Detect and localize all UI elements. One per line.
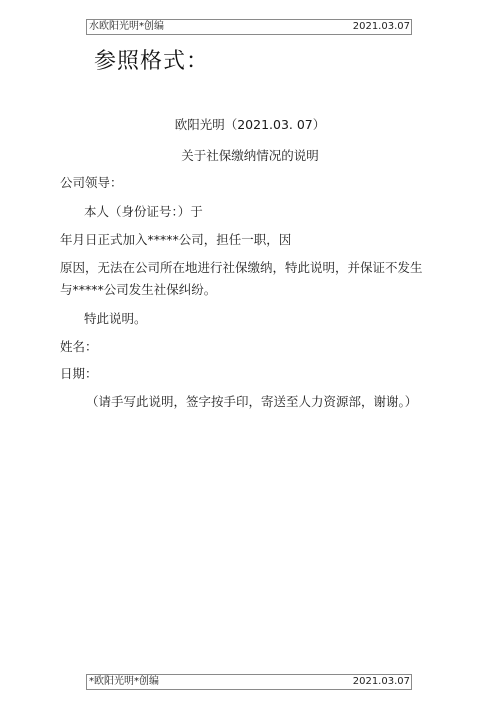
footer-date: 2021.03.07 bbox=[353, 677, 410, 687]
header-date: 2021.03.07 bbox=[353, 22, 410, 32]
paragraph-dispute-line: 与*****公司发生社保纠纷。 bbox=[60, 284, 216, 297]
page-footer: *欧阳光明*创编 2021.03.07 bbox=[86, 674, 412, 690]
author-line: 欧阳光明（2021.03. 07） bbox=[0, 119, 500, 132]
footer-author: *欧阳光明*创编 bbox=[89, 677, 159, 687]
paragraph-join-line: 年月日正式加入*****公司，担任一职，因 bbox=[60, 234, 291, 247]
document-title: 关于社保缴纳情况的说明 bbox=[0, 150, 500, 163]
closing-statement: 特此说明。 bbox=[84, 313, 147, 326]
name-label: 姓名： bbox=[60, 341, 98, 354]
format-title: 参照格式： bbox=[94, 44, 209, 75]
date-label: 日期： bbox=[60, 368, 98, 381]
paragraph-id-line: 本人（身份证号：）于 bbox=[84, 206, 203, 219]
header-author: 水欧阳光明*创编 bbox=[89, 22, 164, 32]
page-header: 水欧阳光明*创编 2021.03.07 bbox=[86, 19, 412, 35]
salutation: 公司领导： bbox=[60, 177, 123, 190]
instruction-note: （请手写此说明，签字按手印，寄送至人力资源部，谢谢。） bbox=[86, 396, 417, 409]
paragraph-reason-line: 原因，无法在公司所在地进行社保缴纳，特此说明，并保证不发生 bbox=[60, 262, 423, 275]
